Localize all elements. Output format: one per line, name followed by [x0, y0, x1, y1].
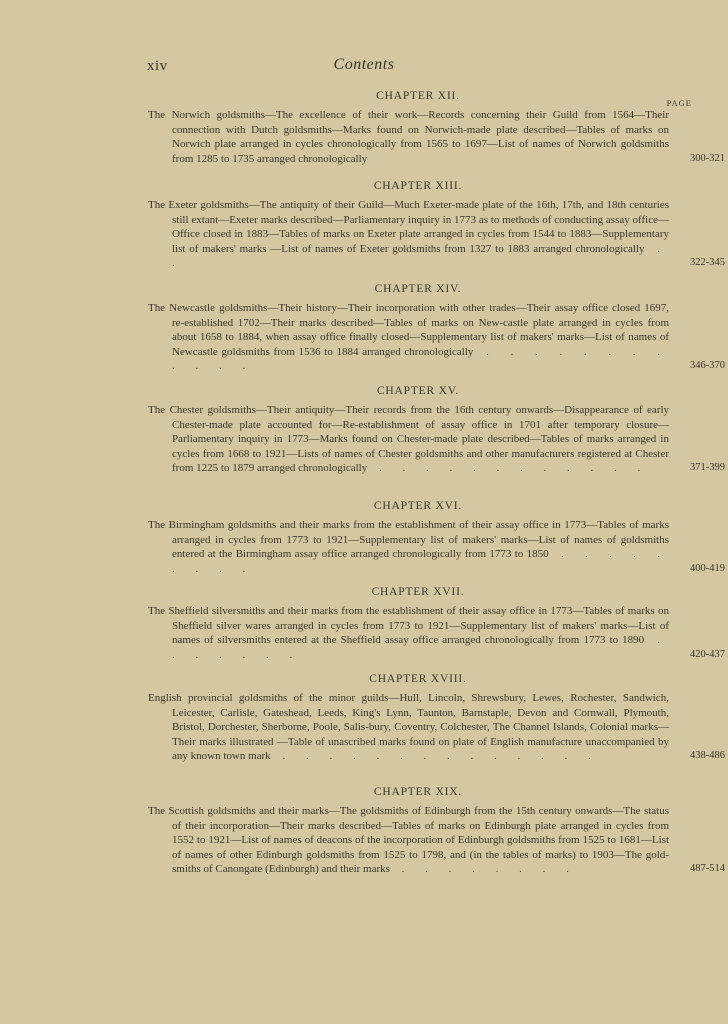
- running-title: Contents: [0, 56, 728, 74]
- chapter-xvi: CHAPTER XVI. The Birmingham goldsmiths a…: [148, 500, 700, 576]
- dot-leader: . . . . . . . . . . . . . .: [271, 750, 600, 762]
- chapter-xiv: CHAPTER XIV. The Newcastle goldsmiths—Th…: [148, 283, 700, 374]
- dot-leader: . . . . . . . . . . . .: [367, 462, 649, 474]
- page-range: 346-370: [714, 359, 725, 374]
- page-range: 487-514: [714, 862, 725, 877]
- chapter-heading: CHAPTER XIX.: [148, 786, 688, 798]
- page-header: xiv Contents: [0, 58, 728, 82]
- page-range: 420-437: [714, 648, 725, 663]
- page-range: 400-419: [714, 562, 725, 577]
- chapter-heading: CHAPTER XV.: [148, 385, 688, 397]
- chapter-xii: CHAPTER XII. The Norwich goldsmiths—The …: [148, 90, 700, 166]
- chapter-description: The Newcastle goldsmiths—Their history—T…: [148, 301, 669, 374]
- chapter-description: The Sheffield silversmiths and their mar…: [148, 604, 669, 662]
- chapter-heading: CHAPTER XVI.: [148, 500, 688, 512]
- chapter-description: The Birmingham goldsmiths and their mark…: [148, 518, 669, 576]
- chapter-xviii: CHAPTER XVIII. English provincial goldsm…: [148, 673, 700, 764]
- chapter-description: English provincial goldsmiths of the min…: [148, 691, 669, 764]
- chapter-xv: CHAPTER XV. The Chester goldsmiths—Their…: [148, 385, 700, 476]
- chapter-heading: CHAPTER XIII.: [148, 180, 688, 192]
- page-range: 438-486: [714, 749, 725, 764]
- dot-leader: . . . . . . . .: [390, 863, 578, 875]
- chapter-description: The Norwich goldsmiths—The excellence of…: [148, 108, 669, 166]
- chapter-description: The Exeter goldsmiths—The antiquity of t…: [148, 198, 669, 271]
- chapter-xvii: CHAPTER XVII. The Sheffield silversmiths…: [148, 586, 700, 662]
- chapter-heading: CHAPTER XIV.: [148, 283, 688, 295]
- chapter-heading: CHAPTER XVIII.: [148, 673, 688, 685]
- chapter-description: The Chester goldsmiths—Their antiquity—T…: [148, 403, 669, 476]
- chapter-heading: CHAPTER XII.: [148, 90, 688, 102]
- page-range: 371-399: [714, 461, 725, 476]
- chapter-xix: CHAPTER XIX. The Scottish goldsmiths and…: [148, 786, 700, 877]
- chapter-xiii: CHAPTER XIII. The Exeter goldsmiths—The …: [148, 180, 700, 271]
- page-range: 300-321: [714, 152, 725, 167]
- chapter-heading: CHAPTER XVII.: [148, 586, 688, 598]
- page-range: 322-345: [714, 256, 725, 271]
- chapter-description: The Scottish goldsmiths and their marks—…: [148, 804, 669, 877]
